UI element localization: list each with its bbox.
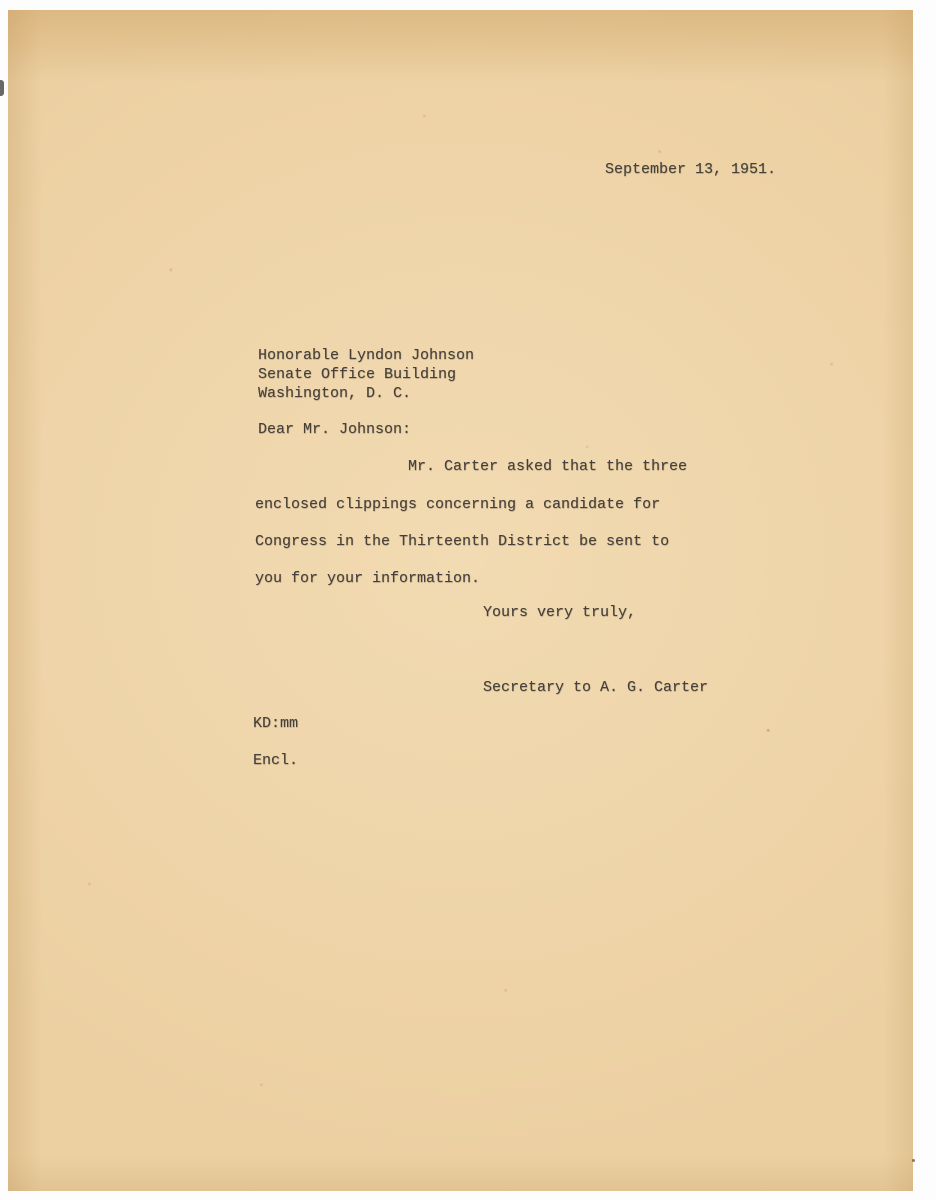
body-line-2: enclosed clippings concerning a candidat… (255, 496, 660, 513)
scan-speck-artifact (912, 1159, 915, 1162)
scanned-letter-page: September 13, 1951. Honorable Lyndon Joh… (0, 0, 936, 1200)
body-line-4: you for your information. (255, 570, 480, 587)
recipient-city-line: Washington, D. C. (258, 385, 411, 402)
body-line-3: Congress in the Thirteenth District be s… (255, 533, 669, 550)
body-line-1: Mr. Carter asked that the three (408, 458, 687, 475)
signature-title: Secretary to A. G. Carter (483, 679, 708, 696)
recipient-name: Honorable Lyndon Johnson (258, 347, 474, 364)
letter-date: September 13, 1951. (605, 161, 776, 178)
salutation: Dear Mr. Johnson: (258, 421, 411, 438)
enclosure-notation: Encl. (253, 752, 298, 769)
typist-initials: KD:mm (253, 715, 298, 732)
closing: Yours very truly, (483, 604, 636, 621)
letter-paper: September 13, 1951. Honorable Lyndon Joh… (8, 10, 913, 1191)
recipient-address-line: Senate Office Building (258, 366, 456, 383)
scan-edge-artifact (0, 80, 4, 96)
